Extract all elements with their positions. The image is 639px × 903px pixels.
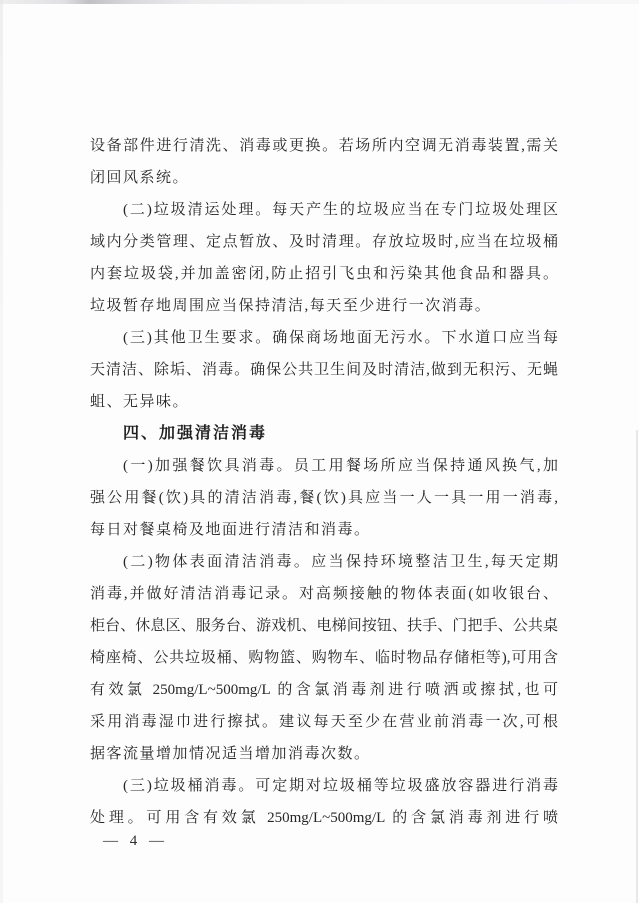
text-line: 采用消毒湿巾进行擦拭。建议每天至少在营业前消毒一次,可根: [90, 706, 558, 738]
scan-artifact-left-edge: [0, 0, 3, 903]
text-line: 垃圾暂存地周围应当保持清洁,每天至少进行一次消毒。: [90, 290, 558, 322]
text-line: 柜台、休息区、服务台、游戏机、电梯间按钮、扶手、门把手、公共桌: [90, 610, 558, 642]
paragraph-trash-bin-disinfection: (三)垃圾桶消毒。可定期对垃圾桶等垃圾盛放容器进行消毒 处理。可用含有效氯 25…: [90, 770, 558, 834]
text-line: 据客流量增加情况适当增加消毒次数。: [90, 738, 558, 770]
text-line: (三)垃圾桶消毒。可定期对垃圾桶等垃圾盛放容器进行消毒: [90, 770, 558, 802]
paragraph-garbage-disposal: (二)垃圾清运处理。每天产生的垃圾应当在专门垃圾处理区 域内分类管理、定点暂放、…: [90, 194, 558, 322]
text-line: 椅座椅、公共垃圾桶、购物篮、购物车、临时物品存储柜等),可用含: [90, 642, 558, 674]
document-body: 设备部件进行清洗、消毒或更换。若场所内空调无消毒装置,需关 闭回风系统。 (二)…: [90, 130, 558, 834]
text-line: 闭回风系统。: [90, 162, 558, 194]
section-heading-4: 四、加强清洁消毒: [90, 418, 558, 450]
scan-artifact-top-edge: [0, 0, 639, 4]
scan-artifact-right-edge: [636, 430, 638, 903]
text-line: 强公用餐(饮)具的清洁消毒,餐(饮)具应当一人一具一用一消毒,: [90, 482, 558, 514]
text-line: 蛆、无异味。: [90, 386, 558, 418]
paragraph-tableware-disinfection: (一)加强餐饮具消毒。员工用餐场所应当保持通风换气,加 强公用餐(饮)具的清洁消…: [90, 450, 558, 546]
text-line: 消毒,并做好清洁消毒记录。对高频接触的物体表面(如收银台、: [90, 578, 558, 610]
paragraph-other-hygiene: (三)其他卫生要求。确保商场地面无污水。下水道口应当每 天清洁、除垢、消毒。确保…: [90, 322, 558, 418]
text-line: 天清洁、除垢、消毒。确保公共卫生间及时清洁,做到无积污、无蝇: [90, 354, 558, 386]
text-line: (一)加强餐饮具消毒。员工用餐场所应当保持通风换气,加: [90, 450, 558, 482]
text-line: (三)其他卫生要求。确保商场地面无污水。下水道口应当每: [90, 322, 558, 354]
text-line: 设备部件进行清洗、消毒或更换。若场所内空调无消毒装置,需关: [90, 130, 558, 162]
text-line: (二)垃圾清运处理。每天产生的垃圾应当在专门垃圾处理区: [90, 194, 558, 226]
text-line: 每日对餐桌椅及地面进行清洁和消毒。: [90, 514, 558, 546]
text-line: 有效氯 250mg/L~500mg/L 的含氯消毒剂进行喷洒或擦拭,也可: [90, 674, 558, 706]
paragraph-surface-disinfection: (二)物体表面清洁消毒。应当保持环境整洁卫生,每天定期 消毒,并做好清洁消毒记录…: [90, 546, 558, 770]
page-number: — 4 —: [103, 833, 168, 850]
text-line: 处理。可用含有效氯 250mg/L~500mg/L 的含氯消毒剂进行喷: [90, 802, 558, 834]
text-line: 域内分类管理、定点暂放、及时清理。存放垃圾时,应当在垃圾桶: [90, 226, 558, 258]
paragraph-continuation: 设备部件进行清洗、消毒或更换。若场所内空调无消毒装置,需关 闭回风系统。: [90, 130, 558, 194]
scanned-document-page: 设备部件进行清洗、消毒或更换。若场所内空调无消毒装置,需关 闭回风系统。 (二)…: [0, 0, 639, 903]
text-line: 内套垃圾袋,并加盖密闭,防止招引飞虫和污染其他食品和器具。: [90, 258, 558, 290]
text-line: (二)物体表面清洁消毒。应当保持环境整洁卫生,每天定期: [90, 546, 558, 578]
section-heading: 四、加强清洁消毒: [90, 418, 558, 450]
